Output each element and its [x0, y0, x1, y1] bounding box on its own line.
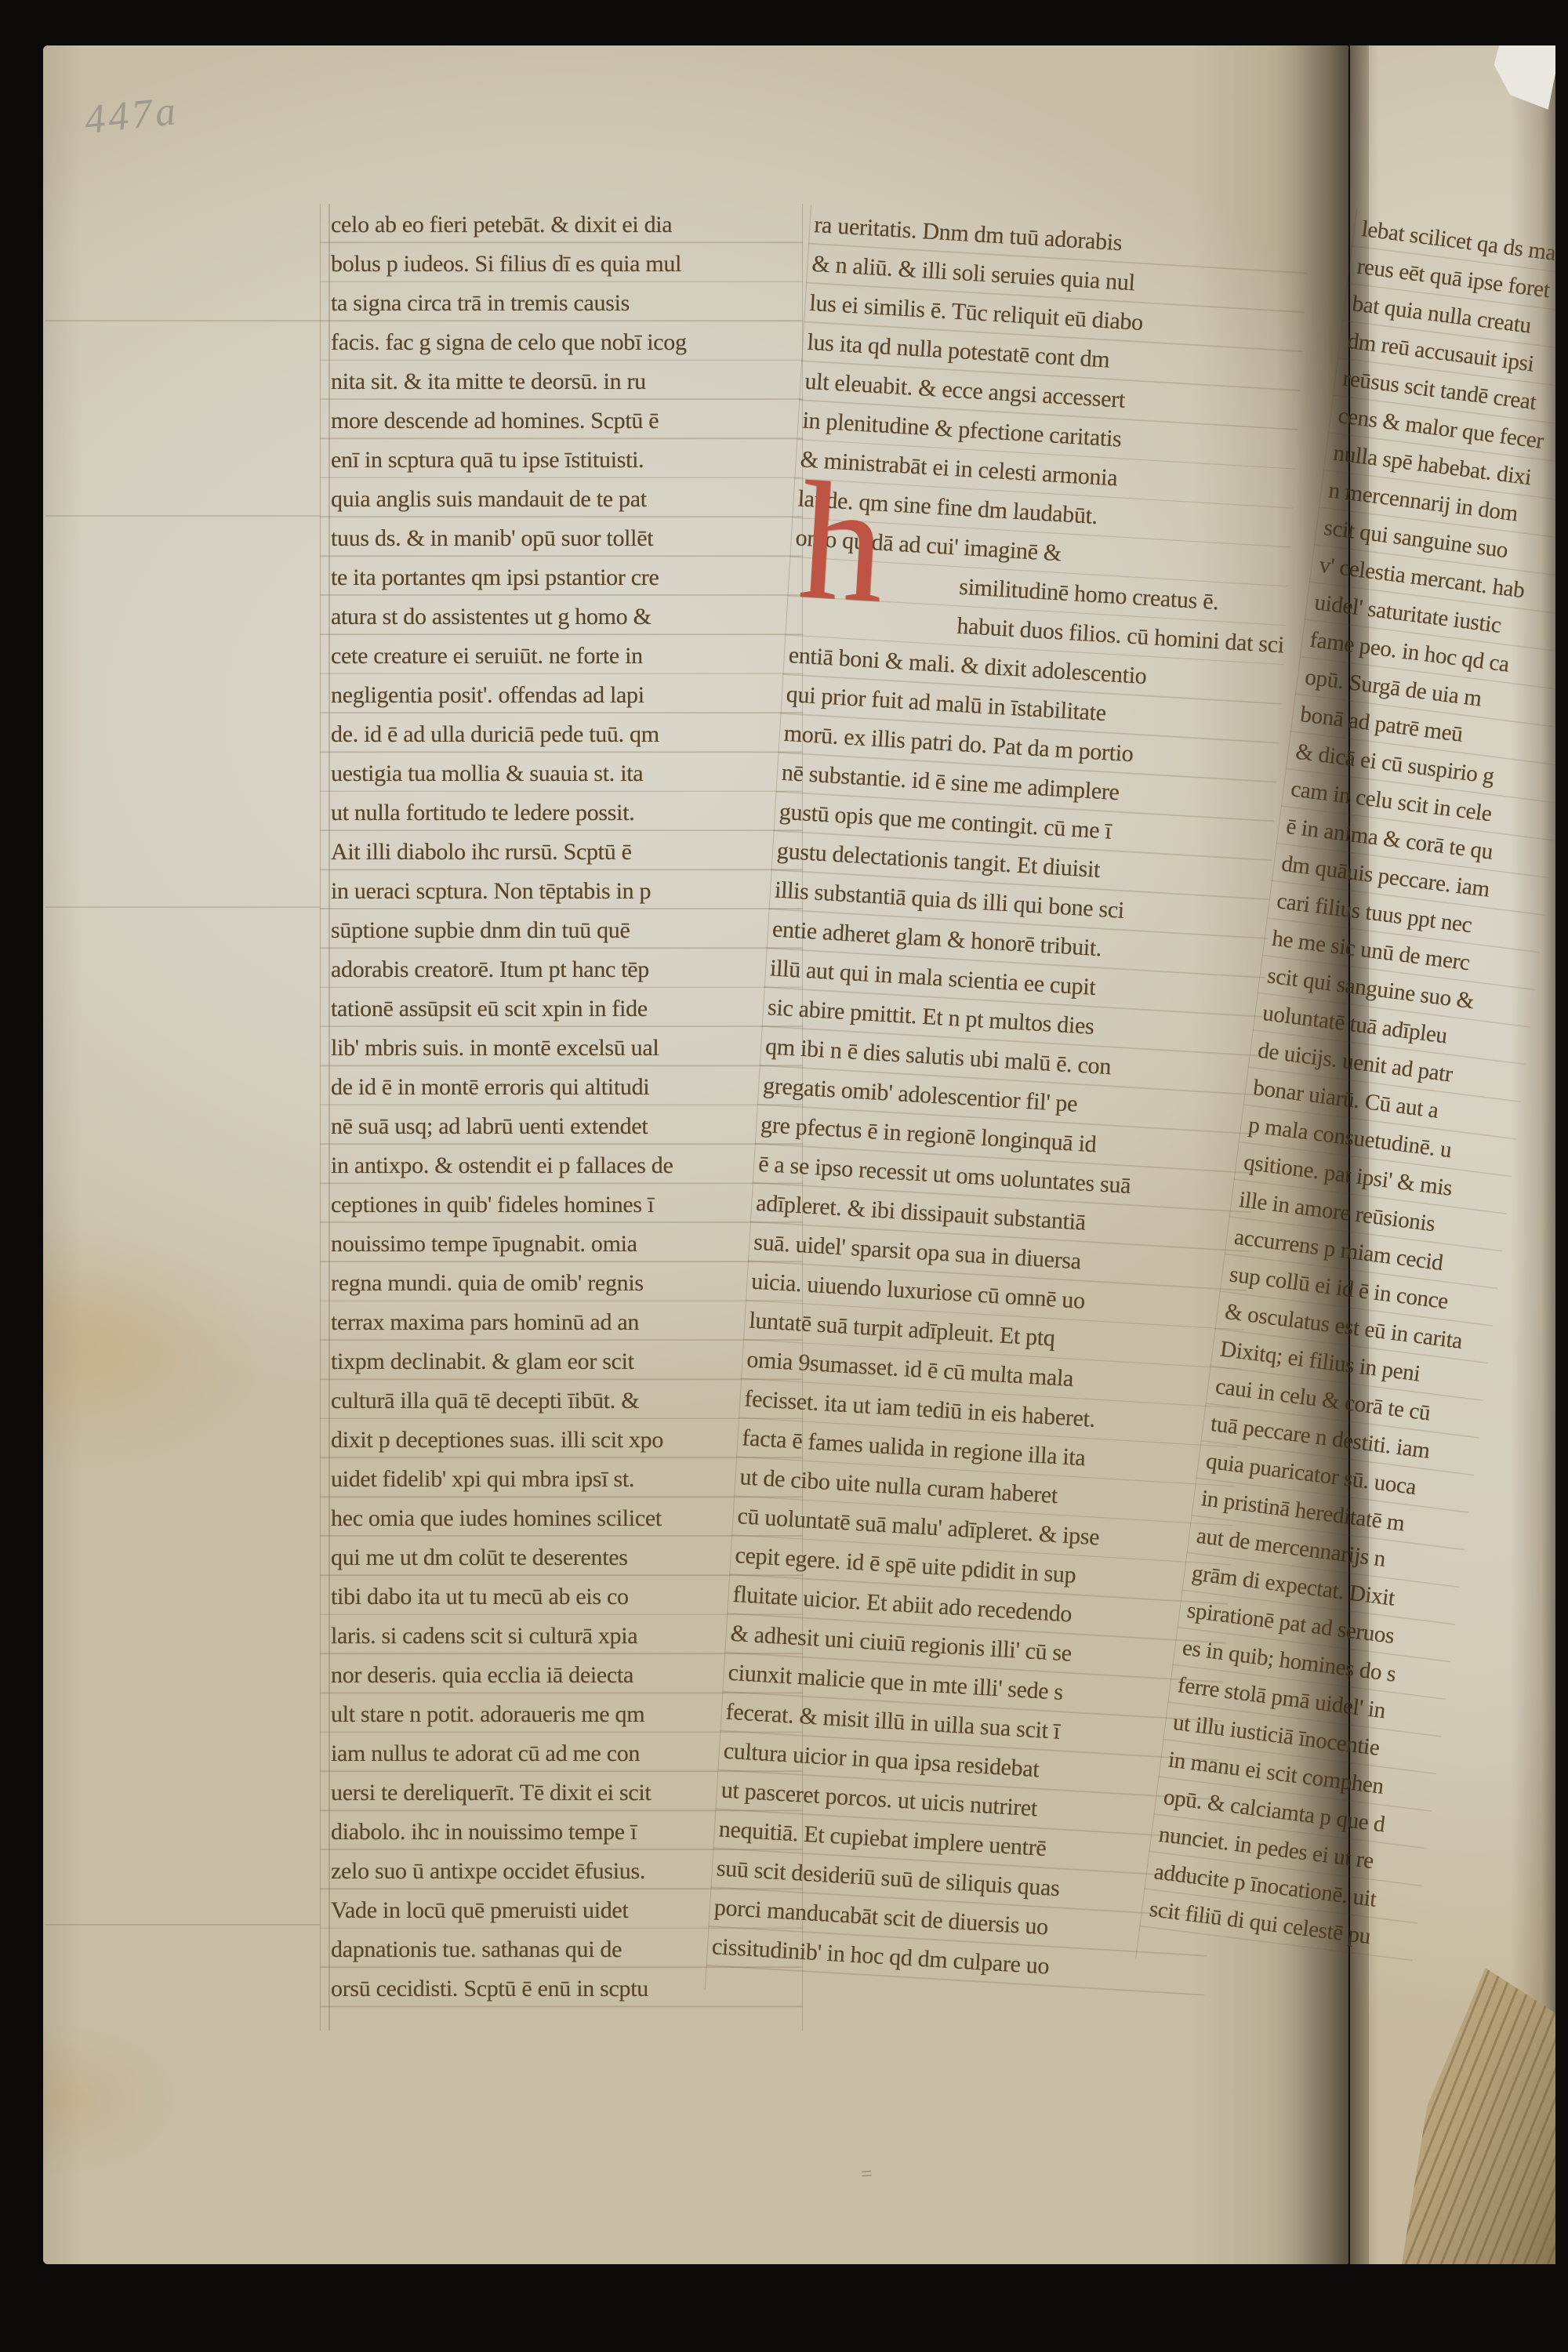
text-line: ta signa circa trā in tremis causis	[331, 284, 801, 323]
text-line: more descende ad homines. Scptū ē	[331, 401, 801, 441]
text-line: de. id ē ad ulla duriciā pede tuū. qm	[331, 715, 801, 754]
margin-ruling-line	[45, 906, 320, 908]
background-right	[1555, 0, 1568, 2352]
text-line: nē suā usq; ad labrū uenti extendet	[331, 1107, 801, 1146]
text-line: tationē assūpsit eū scit xpin in fide	[331, 989, 801, 1029]
text-line: ut nulla fortitudo te ledere possit.	[331, 793, 801, 833]
margin-ruling-line	[45, 320, 320, 321]
text-line: dixit p deceptiones suas. illi scit xpo	[331, 1421, 801, 1460]
margin-ruling-line	[45, 1924, 320, 1926]
text-line: adorabis creatorē. Itum pt hanc tēp	[331, 950, 801, 989]
text-line: Ait illi diabolo ihc rursū. Scptū ē	[331, 833, 801, 872]
text-line: hec omia que iudes homines scilicet	[331, 1499, 801, 1538]
text-line: nita sit. & ita mitte te deorsū. in ru	[331, 362, 801, 401]
text-line: bolus p iudeos. Si filius dī es quia mul	[331, 245, 801, 284]
quire-mark: =	[860, 2162, 873, 2187]
background-top	[0, 0, 1568, 45]
text-line: nouissimo tempe īpugnabit. omia	[331, 1225, 801, 1264]
manuscript-photograph: 447a celo ab eo fieri petebāt. & dixit e…	[0, 0, 1568, 2352]
text-line: in antixpo. & ostendit ei p fallaces de	[331, 1146, 801, 1185]
folio-number: 447a	[82, 88, 181, 143]
text-line: quia anglis suis mandauit de te pat	[331, 480, 801, 519]
text-line: uidet fidelib' xpi qui mbra ipsī st.	[331, 1460, 801, 1499]
text-line: sūptione supbie dnm din tuū quē	[331, 911, 801, 950]
text-line: negligentia posit'. offendas ad lapi	[331, 676, 801, 715]
gutter-shadow	[1276, 45, 1369, 2264]
margin-ruling-line	[45, 515, 320, 517]
text-line: tixpm declinabit. & glam eor scit	[331, 1342, 801, 1381]
background-bottom	[0, 2264, 1568, 2352]
background-left	[0, 0, 43, 2352]
text-line: celo ab eo fieri petebāt. & dixit ei dia	[331, 205, 801, 245]
text-line: terrax maxima pars hominū ad an	[331, 1303, 801, 1342]
text-line: te ita portantes qm ipsi pstantior cre	[331, 558, 801, 597]
text-line: facis. fac g signa de celo que nobī icog	[331, 323, 801, 362]
red-initial-h: h	[797, 481, 887, 604]
text-line: culturā illa quā tē decepti īibūt. &	[331, 1381, 801, 1421]
text-line: ceptiones in quib' fideles homines ī	[331, 1185, 801, 1225]
text-line: lib' mbris suis. in montē excelsū ual	[331, 1029, 801, 1068]
text-line: enī in scptura quā tu ipse īstituisti.	[331, 441, 801, 480]
text-line: cete creature ei seruiūt. ne forte in	[331, 637, 801, 676]
text-line: atura st do assistentes ut g homo &	[331, 597, 801, 637]
text-line: de id ē in montē erroris qui altitudi	[331, 1068, 801, 1107]
text-line: in ueraci scptura. Non tēptabis in p	[331, 872, 801, 911]
text-line: regna mundi. quia de omib' regnis	[331, 1264, 801, 1303]
text-line: tuus ds. & in manib' opū suor tollēt	[331, 519, 801, 558]
text-line: uestigia tua mollia & suauia st. ita	[331, 754, 801, 793]
